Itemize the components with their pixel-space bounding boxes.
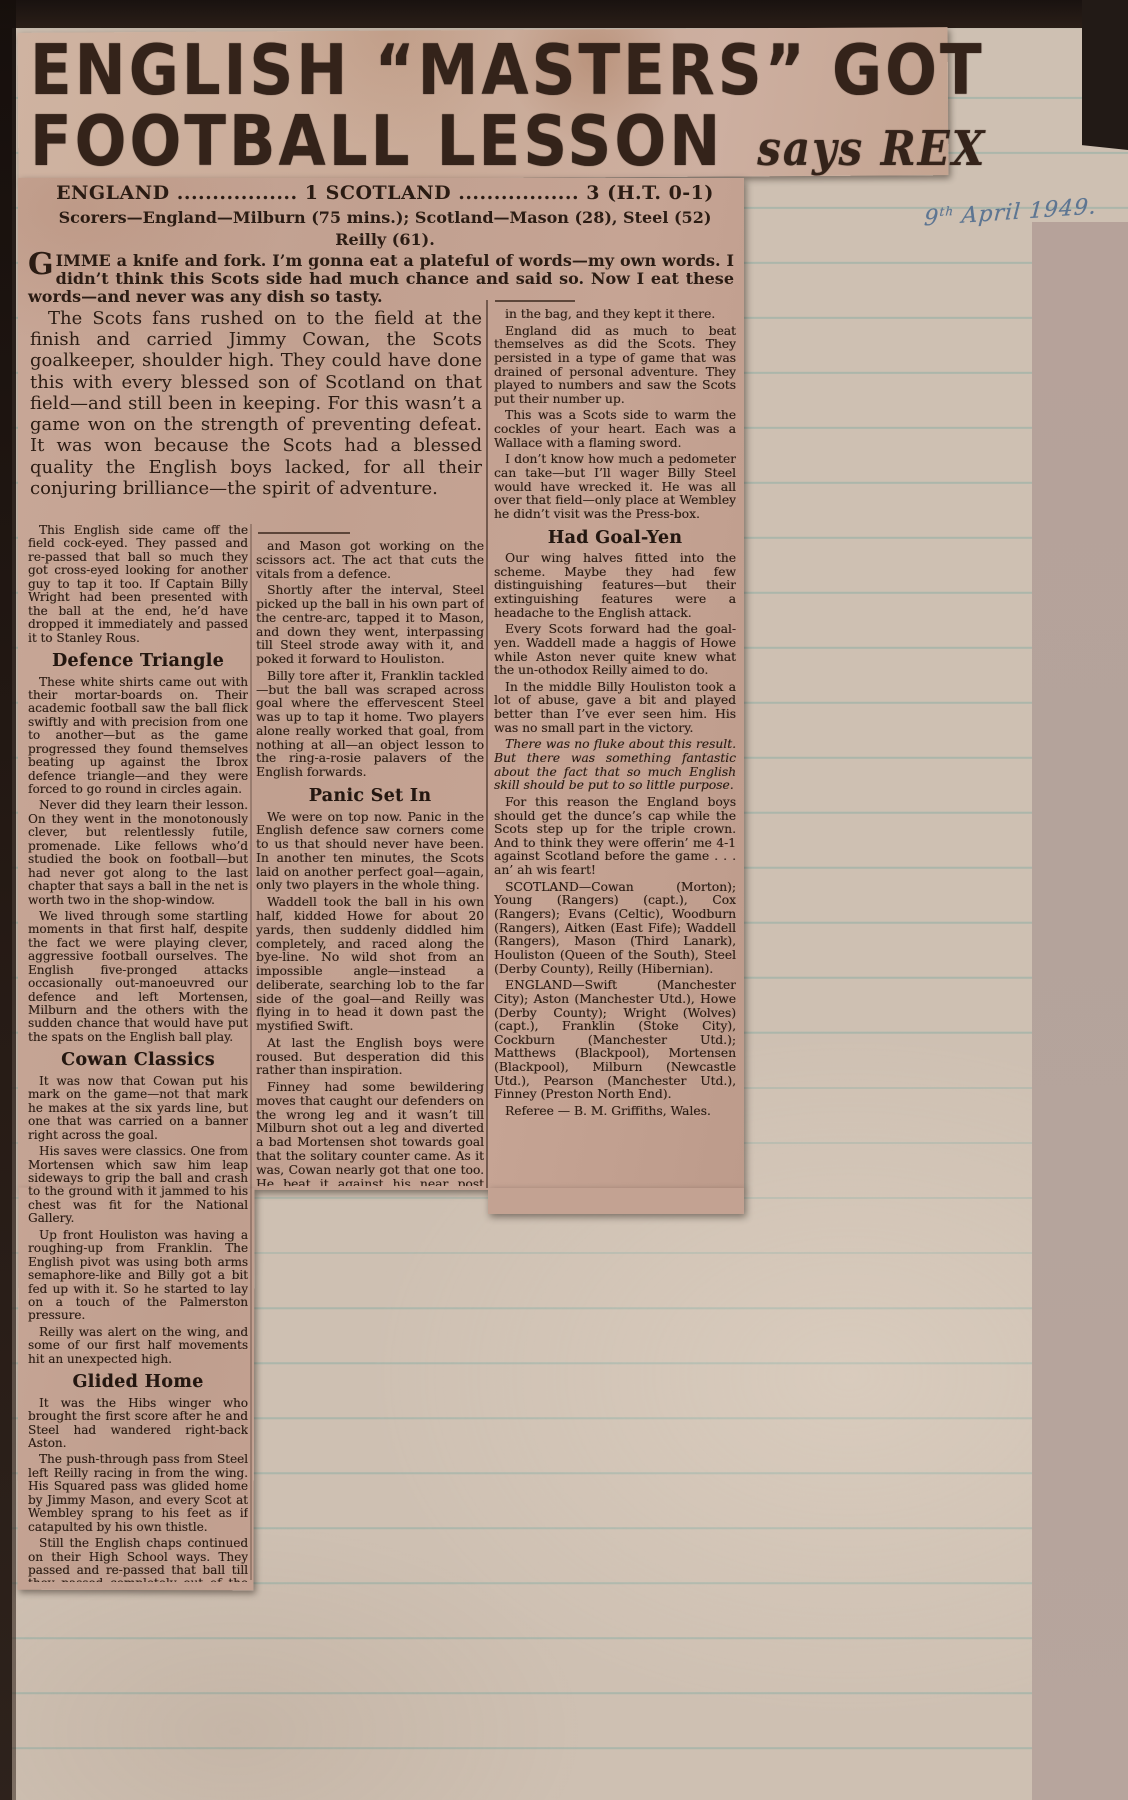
album-dark-edge-right: [1082, 0, 1128, 150]
article-paragraph: In the middle Billy Houliston took a lot…: [494, 681, 736, 736]
album-dark-edge-left: [0, 0, 16, 1800]
left-column-edge-line: [250, 524, 252, 1580]
lead-paragraphs: The Scots fans rushed on to the field at…: [30, 308, 482, 520]
headline-block: ENGLISH “MASTERS” GOT FOOTBALL LESSON sa…: [30, 36, 940, 168]
intro-text: IMME a knife and fork. I’m gonna eat a p…: [28, 251, 734, 306]
article-paragraph: Referee — B. M. Griffiths, Wales.: [494, 1105, 736, 1119]
handwritten-date-ordinal: th: [939, 204, 955, 219]
match-scorers-line-1: Scorers—England—Milburn (75 mins.); Scot…: [30, 208, 740, 227]
section-heading: Panic Set In: [256, 787, 484, 807]
match-scorers-line-2: Reilly (61).: [30, 230, 740, 249]
article-column-right: in the bag, and they kept it there.Engla…: [494, 308, 736, 1206]
column-divider-vertical: [486, 300, 488, 1188]
article-paragraph: I don’t know how much a pedometer can ta…: [494, 453, 736, 521]
section-heading: Defence Triangle: [28, 652, 248, 672]
headline-line-1: ENGLISH “MASTERS” GOT: [30, 36, 940, 106]
article-paragraph: Every Scots forward had the goal-yen. Wa…: [494, 623, 736, 678]
match-scoreline: ENGLAND ................. 1 SCOTLAND ...…: [40, 182, 730, 204]
scrapbook-photo: ENGLISH “MASTERS” GOT FOOTBALL LESSON sa…: [0, 0, 1128, 1800]
article-paragraph: Never did they learn their lesson. On th…: [28, 799, 248, 907]
article-paragraph: Finney had some bewildering moves that c…: [256, 1081, 484, 1186]
article-paragraph: SCOTLAND—Cowan (Morton); Young (Rangers)…: [494, 881, 736, 976]
article-paragraph: The push-through pass from Steel left Re…: [28, 1453, 248, 1534]
headline-byline: says REX: [757, 125, 986, 173]
section-heading: Had Goal-Yen: [494, 529, 736, 548]
article-paragraph: It was now that Cowan put his mark on th…: [28, 1075, 248, 1142]
article-paragraph: These white shirts came out with their m…: [28, 676, 248, 797]
article-column-left: This English side came off the field coc…: [28, 524, 248, 1582]
intro-dropcap: G: [28, 252, 56, 278]
article-paragraph: We were on top now. Panic in the English…: [256, 811, 484, 894]
article-paragraph: Our wing halves fitted into the scheme. …: [494, 552, 736, 620]
handwritten-date-day: 9: [923, 205, 940, 231]
article-paragraph: in the bag, and they kept it there.: [494, 308, 736, 322]
article-paragraph: Waddell took the ball in his own half, k…: [256, 896, 484, 1034]
headline-line-2-text: FOOTBALL LESSON: [30, 107, 723, 177]
middle-column-top-rule: [258, 532, 350, 534]
article-paragraph: There was no fluke about this result. Bu…: [494, 738, 736, 793]
article-paragraph: Still the English chaps continued on the…: [28, 1537, 248, 1582]
right-column-top-rule: [495, 300, 575, 302]
article-paragraph: Up front Houliston was having a roughing…: [28, 1229, 248, 1323]
headline-line-2: FOOTBALL LESSON says REX: [30, 107, 940, 177]
section-heading: Glided Home: [28, 1373, 248, 1393]
article-paragraph: Billy tore after it, Franklin tackled—bu…: [256, 670, 484, 780]
article-paragraph: This English side came off the field coc…: [28, 524, 248, 645]
article-paragraph: Reilly was alert on the wing, and some o…: [28, 1326, 248, 1366]
article-column-middle: and Mason got working on the scissors ac…: [256, 540, 484, 1186]
page-edge-strip: [1032, 222, 1128, 1800]
album-dark-edge-top: [0, 0, 1128, 28]
article-paragraph: This was a Scots side to warm the cockle…: [494, 409, 736, 450]
article-paragraph: The Scots fans rushed on to the field at…: [30, 308, 482, 499]
intro-paragraph: GIMME a knife and fork. I’m gonna eat a …: [28, 252, 734, 306]
article-paragraph: and Mason got working on the scissors ac…: [256, 540, 484, 581]
article-paragraph: We lived through some startling moments …: [28, 910, 248, 1044]
article-paragraph: England did as much to beat themselves a…: [494, 325, 736, 407]
article-paragraph: For this reason the England boys should …: [494, 796, 736, 878]
article-paragraph: ENGLAND—Swift (Manchester City); Aston (…: [494, 979, 736, 1102]
article-paragraph: At last the English boys were roused. Bu…: [256, 1037, 484, 1078]
article-paragraph: His saves were classics. One from Morten…: [28, 1145, 248, 1226]
article-paragraph: Shortly after the interval, Steel picked…: [256, 584, 484, 667]
article-paragraph: It was the Hibs winger who brought the f…: [28, 1397, 248, 1451]
section-heading: Cowan Classics: [28, 1051, 248, 1071]
